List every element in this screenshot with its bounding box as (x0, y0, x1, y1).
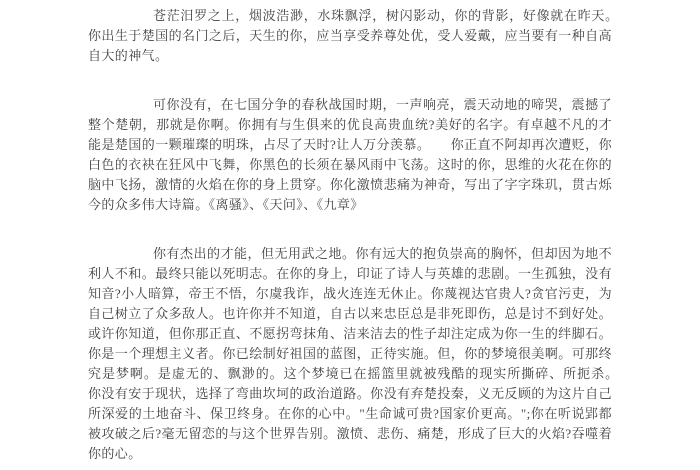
paragraph-talent-and-poems: 可你没有，在七国分争的春秋战国时期，一声响亮，震天动地的啼哭，震撼了整个楚朝，那… (88, 95, 612, 215)
document-page: 苍茫汨罗之上，烟波浩渺，水珠飘浮，树闪影动，你的背影，好像就在昨天。 你出生于楚… (0, 0, 700, 470)
paragraph-tragedy-and-death: 你有杰出的才能，但无用武之地。你有远大的抱负崇高的胸怀，但却因为地不利人不和。最… (88, 244, 612, 464)
paragraph-intro: 苍茫汨罗之上，烟波浩渺，水珠飘浮，树闪影动，你的背影，好像就在昨天。 你出生于楚… (88, 6, 612, 66)
